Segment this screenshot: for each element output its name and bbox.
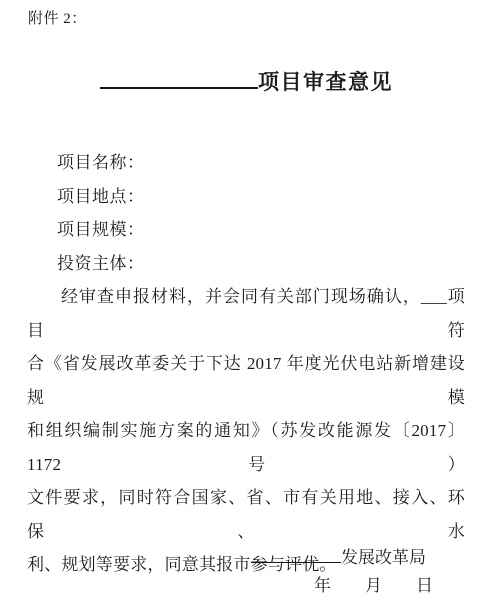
date-row: 年月日 (314, 574, 433, 598)
date-day-label: 日 (416, 576, 433, 595)
document-body: 项目名称： 项目地点： 项目规模： 投资主体： 经审查申报材料，并会同有关部门现… (27, 146, 465, 582)
signature-agency: 发展改革局 (341, 548, 426, 567)
field-project-name: 项目名称： (27, 146, 465, 180)
date-month-label: 月 (365, 576, 382, 595)
field-project-scale: 项目规模： (27, 213, 465, 247)
title-blank-underline (100, 64, 258, 89)
paragraph-line: 合《省发展改革委关于下达 2017 年度光伏电站新增建设规模 (27, 347, 465, 414)
title-row: 项目审查意见 (0, 64, 493, 96)
document-page: 附件 2： 项目审查意见 项目名称： 项目地点： 项目规模： 投资主体： 经审查… (0, 0, 493, 607)
field-project-location: 项目地点： (27, 180, 465, 214)
paragraph-line: 和组织编制实施方案的通知》（苏发改能源发〔2017〕1172 号） (27, 414, 465, 481)
paragraph-line: 文件要求，同时符合国家、省、市有关用地、接入、环保、水 (27, 481, 465, 548)
attachment-label: 附件 2： (28, 7, 87, 28)
signature-blank-underline (251, 544, 341, 563)
document-title: 项目审查意见 (258, 70, 393, 94)
date-year-label: 年 (314, 576, 331, 595)
paragraph-line: 经审查申报材料，并会同有关部门现场确认，___项目符 (27, 280, 465, 347)
signature-row: 发展改革局 (251, 544, 426, 571)
field-investment-entity: 投资主体： (27, 247, 465, 281)
